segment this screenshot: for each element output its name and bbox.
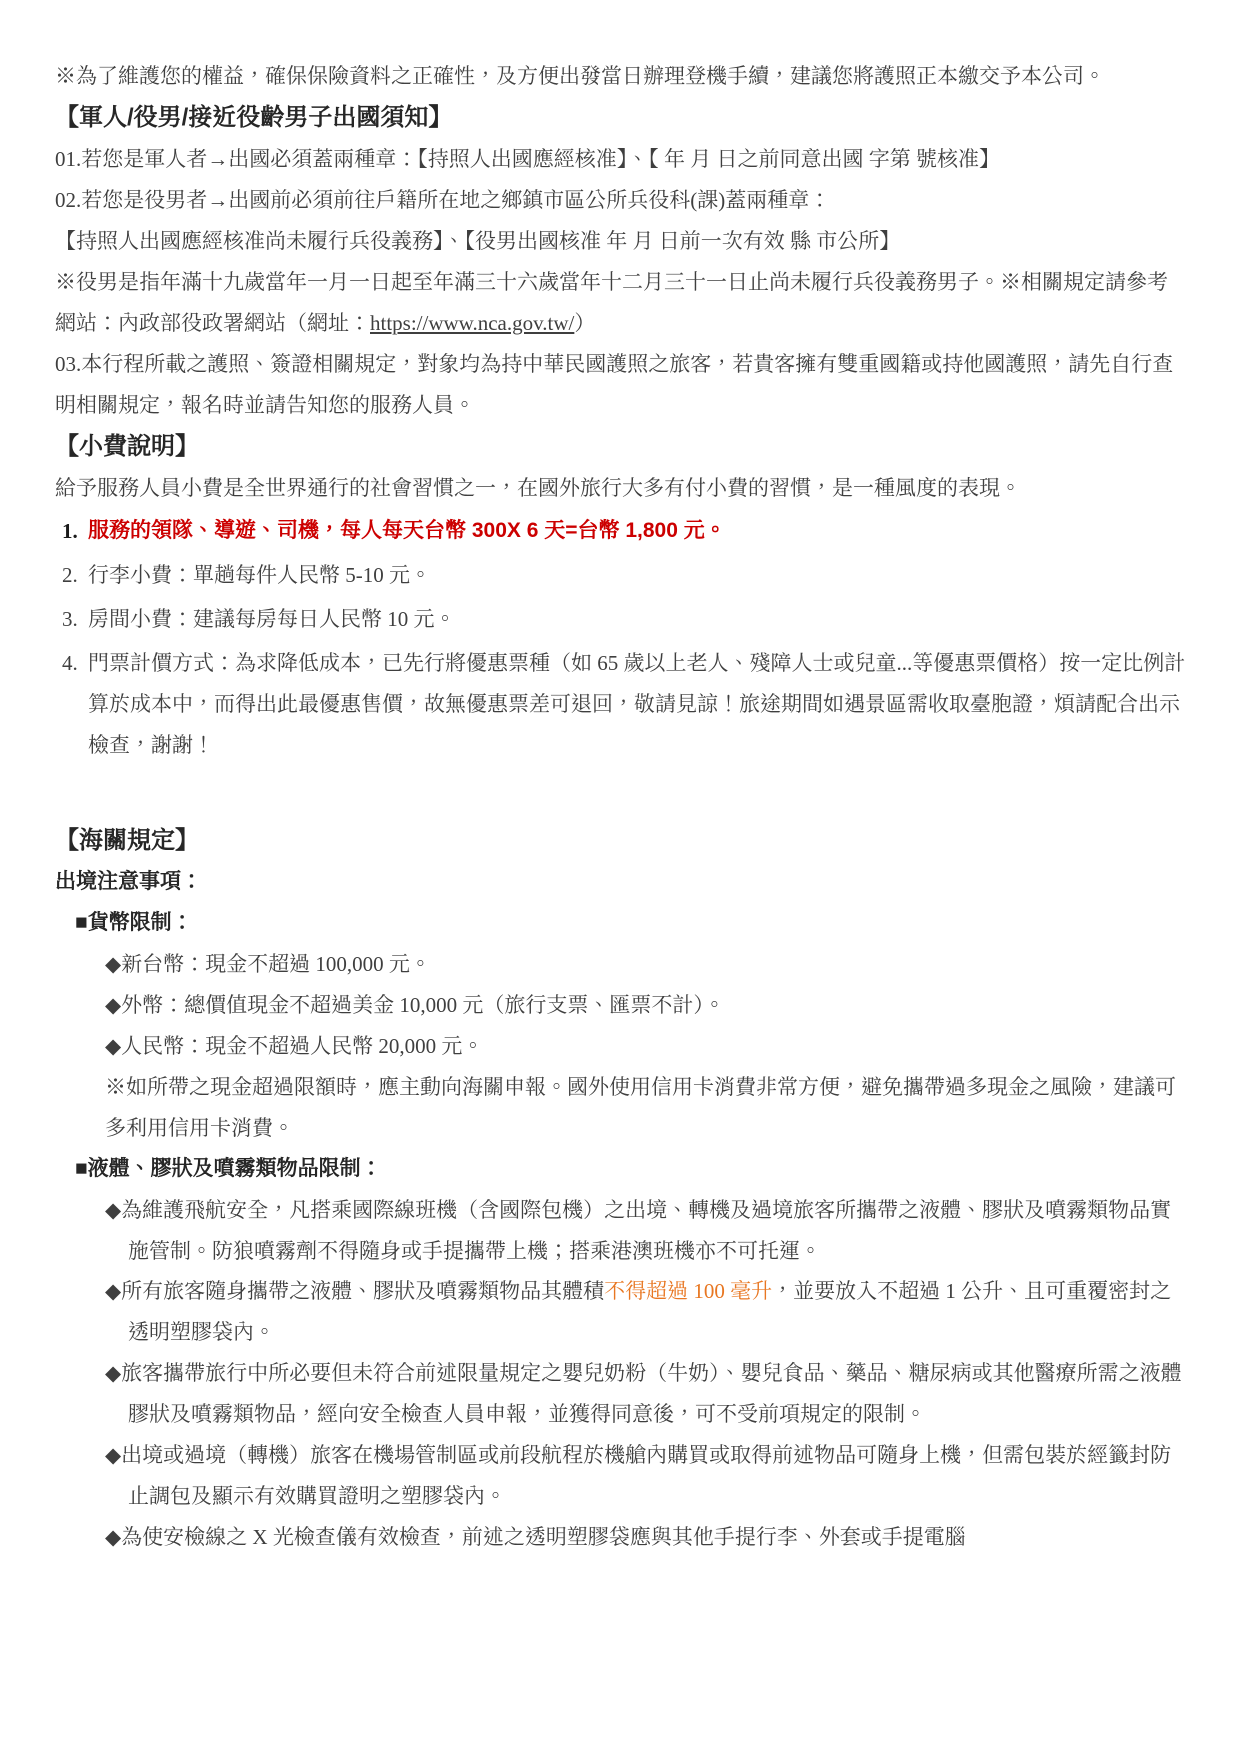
tips-section-heading: 【小費說明】 [55,426,1188,468]
volume-limit-highlight: 不得超過 100 毫升 [604,1279,772,1303]
tip-number: 4. [62,643,88,766]
tip-text-luggage-fee: 行李小費：單趟每件人民幣 5-10 元。 [88,555,1188,596]
currency-item-twd: ◆新台幣：現金不超過 100,000 元。 [105,944,1188,985]
tip-number: 2. [62,555,88,596]
liquids-limit-title: ■液體、膠狀及噴霧類物品限制： [75,1149,1188,1190]
tip-text-guide-fee: 服務的領隊、導遊、司機，每人每天台幣 300X 6 天=台幣 1,800 元。 [88,511,1188,552]
passport-notice: ※為了維護您的權益，確保保險資料之正確性，及方便出發當日辦理登機手續，建議您將護… [55,56,1188,97]
military-section-heading: 【軍人/役男/接近役齡男子出國須知】 [55,97,1188,139]
tip-number: 3. [62,599,88,640]
departure-notes-title: 出境注意事項： [55,862,1188,903]
currency-item-foreign: ◆外幣：總價值現金不超過美金 10,000 元（旅行支票、匯票不計）。 [105,985,1188,1026]
draftee-note-text: ※役男是指年滿十九歲當年一月一日起至年滿三十六歲當年十二月三十一日止尚未履行兵役… [55,270,1168,335]
liquids-item-volume: ◆所有旅客隨身攜帶之液體、膠狀及噴霧類物品其體積不得超過 100 毫升，並要放入… [105,1271,1188,1353]
currency-declare-note: ※如所帶之現金超過限額時，應主動向海關申報。國外使用信用卡消費非常方便，避免攜帶… [105,1067,1188,1149]
customs-section-heading: 【海關規定】 [55,820,1188,862]
currency-item-rmb: ◆人民幣：現金不超過人民幣 20,000 元。 [105,1026,1188,1067]
military-item-01: 01.若您是軍人者→出國必須蓋兩種章：【持照人出國應經核准】、【 年 月 日之前… [55,139,1188,180]
liquids-item-medical-exception: ◆旅客攜帶旅行中所必要但未符合前述限量規定之嬰兒奶粉（牛奶）、嬰兒食品、藥品、糖… [105,1353,1188,1435]
liquids-item-dutyfree-purchase: ◆出境或過境（轉機）旅客在機場管制區或前段航程於機艙內購買或取得前述物品可隨身上… [105,1435,1188,1517]
military-item-03: 03.本行程所載之護照、簽證相關規定，對象均為持中華民國護照之旅客，若貴客擁有雙… [55,344,1188,426]
list-item-room-tip: 3. 房間小費：建議每房每日人民幣 10 元。 [55,599,1188,640]
tip-text-ticket-pricing: 門票計價方式：為求降低成本，已先行將優惠票種（如 65 歲以上老人、殘障人士或兒… [88,643,1188,766]
volume-text-before: ◆所有旅客隨身攜帶之液體、膠狀及噴霧類物品其體積 [105,1279,604,1303]
travel-notice-document: ※為了維護您的權益，確保保險資料之正確性，及方便出發當日辦理登機手續，建議您將護… [55,56,1188,1558]
liquids-item-xray-check: ◆為使安檢線之 X 光檢查儀有效檢查，前述之透明塑膠袋應與其他手提行李、外套或手… [105,1517,1188,1558]
currency-limit-title: ■貨幣限制： [75,903,1188,944]
tip-number: 1. [62,511,88,552]
list-item-guide-tip: 1. 服務的領隊、導遊、司機，每人每天台幣 300X 6 天=台幣 1,800 … [55,511,1188,552]
liquids-item-control: ◆為維護飛航安全，凡搭乘國際線班機（含國際包機）之出境、轉機及過境旅客所攜帶之液… [105,1190,1188,1272]
list-item-luggage-tip: 2. 行李小費：單趟每件人民幣 5-10 元。 [55,555,1188,596]
draftee-note-closing: ） [574,311,595,335]
tips-intro: 給予服務人員小費是全世界通行的社會習慣之一，在國外旅行大多有付小費的習慣，是一種… [55,468,1188,509]
nca-website-link[interactable]: https://www.nca.gov.tw/ [370,311,574,335]
military-stamp-line: 【持照人出國應經核准尚未履行兵役義務】、【役男出國核准 年 月 日前一次有效 縣… [55,221,1188,262]
military-item-02: 02.若您是役男者→出國前必須前往戶籍所在地之鄉鎮市區公所兵役科(課)蓋兩種章： [55,180,1188,221]
list-item-ticket-pricing: 4. 門票計價方式：為求降低成本，已先行將優惠票種（如 65 歲以上老人、殘障人… [55,643,1188,766]
draftee-note: ※役男是指年滿十九歲當年一月一日起至年滿三十六歲當年十二月三十一日止尚未履行兵役… [55,262,1188,344]
tip-text-room-fee: 房間小費：建議每房每日人民幣 10 元。 [88,599,1188,640]
tips-list: 1. 服務的領隊、導遊、司機，每人每天台幣 300X 6 天=台幣 1,800 … [55,511,1188,766]
